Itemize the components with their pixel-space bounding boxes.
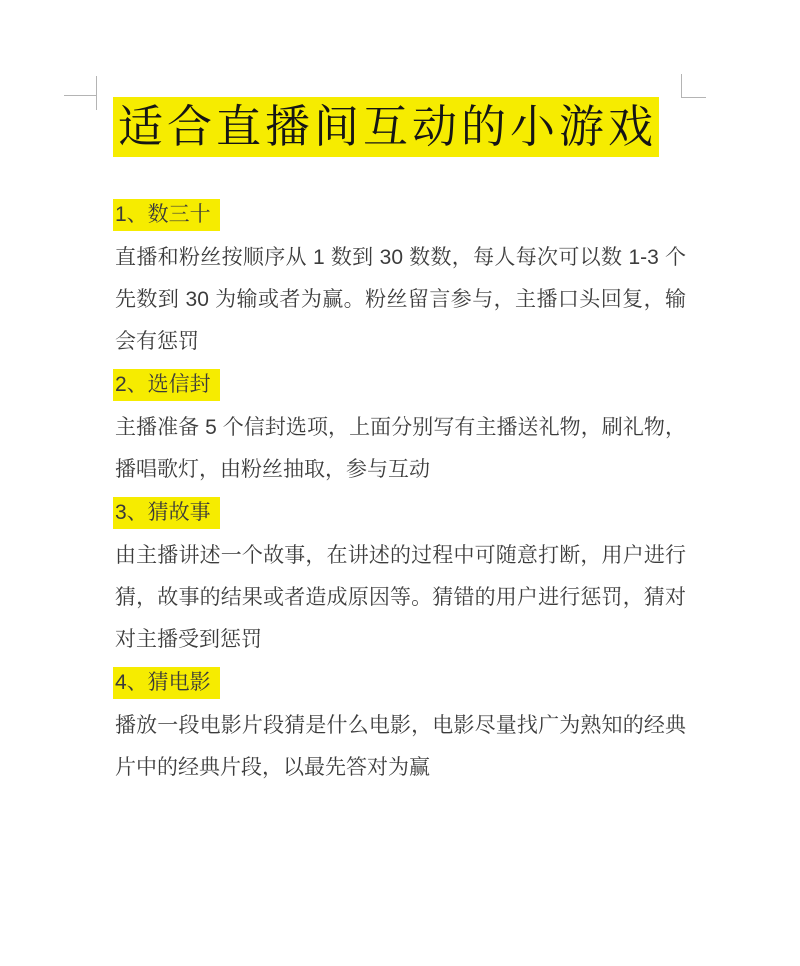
section-heading: 3、猜故事 <box>113 497 220 529</box>
text-line: 由主播讲述一个故事，在讲述的过程中可随意打断，用户进行竞 <box>115 535 686 577</box>
section-pick-envelope: 2、选信封 主播准备 5 个信封选项，上面分别写有主播送礼物，刷礼物，主 播唱歌… <box>113 369 690 491</box>
document-title: 适合直播间互动的小游戏 <box>113 97 659 157</box>
heading-row: 1、数三十 <box>113 199 690 231</box>
paragraph: 由主播讲述一个故事，在讲述的过程中可随意打断，用户进行竞 猜，故事的结果或者造成… <box>115 535 686 661</box>
paragraph: 播放一段电影片段猜是什么电影，电影尽量找广为熟知的经典影 片中的经典片段，以最先… <box>115 705 686 789</box>
document-content: 适合直播间互动的小游戏 1、数三十 直播和粉丝按顺序从 1 数到 30 数数，每… <box>113 97 690 789</box>
heading-row: 4、猜电影 <box>113 667 690 699</box>
section-heading: 2、选信封 <box>113 369 220 401</box>
text-line: 猜，故事的结果或者造成原因等。猜错的用户进行惩罚，猜对则 <box>115 577 686 619</box>
text-line: 主播准备 5 个信封选项，上面分别写有主播送礼物，刷礼物，主 <box>115 407 686 449</box>
paragraph: 主播准备 5 个信封选项，上面分别写有主播送礼物，刷礼物，主 播唱歌灯，由粉丝抽… <box>115 407 686 491</box>
section-heading: 1、数三十 <box>113 199 220 231</box>
margin-mark-top-left-vertical <box>96 76 97 110</box>
heading-row: 2、选信封 <box>113 369 690 401</box>
text-line: 直播和粉丝按顺序从 1 数到 30 数数，每人每次可以数 1-3 个数， <box>115 237 686 279</box>
section-heading: 4、猜电影 <box>113 667 220 699</box>
margin-mark-top-right-vertical <box>681 74 682 98</box>
text-line: 先数到 30 为输或者为赢。粉丝留言参与，主播口头回复，输了 <box>115 279 686 321</box>
text-line: 播唱歌灯，由粉丝抽取，参与互动 <box>115 449 686 491</box>
document-page: 适合直播间互动的小游戏 1、数三十 直播和粉丝按顺序从 1 数到 30 数数，每… <box>0 0 800 966</box>
section-guess-story: 3、猜故事 由主播讲述一个故事，在讲述的过程中可随意打断，用户进行竞 猜，故事的… <box>113 497 690 661</box>
text-line: 对主播受到惩罚 <box>115 619 686 661</box>
paragraph: 直播和粉丝按顺序从 1 数到 30 数数，每人每次可以数 1-3 个数， 先数到… <box>115 237 686 363</box>
section-count-to-thirty: 1、数三十 直播和粉丝按顺序从 1 数到 30 数数，每人每次可以数 1-3 个… <box>113 199 690 363</box>
section-guess-movie: 4、猜电影 播放一段电影片段猜是什么电影，电影尽量找广为熟知的经典影 片中的经典… <box>113 667 690 789</box>
heading-row: 3、猜故事 <box>113 497 690 529</box>
text-line: 片中的经典片段，以最先答对为赢 <box>115 747 686 789</box>
margin-mark-top-left-horizontal <box>64 95 96 96</box>
text-line: 会有惩罚 <box>115 321 686 363</box>
text-line: 播放一段电影片段猜是什么电影，电影尽量找广为熟知的经典影 <box>115 705 686 747</box>
